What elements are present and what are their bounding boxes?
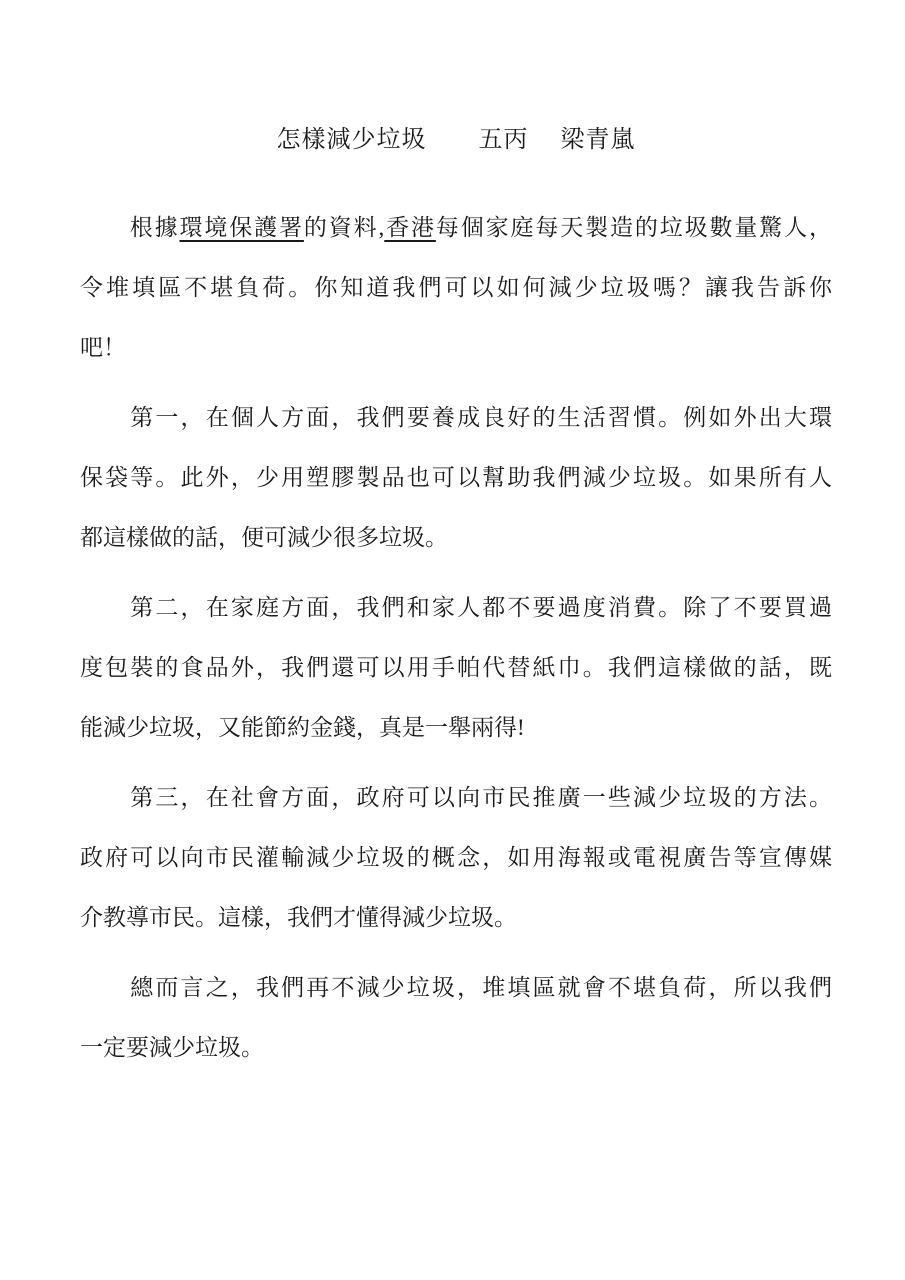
text-line: 第三，在社會方面，政府可以向市民推廣一些減少垃圾的方法。 bbox=[80, 768, 832, 828]
paragraph: 第二，在家庭方面，我們和家人都不要過度消費。除了不要買過度包裝的食品外，我們還可… bbox=[80, 578, 832, 758]
class-name: 五丙 bbox=[479, 127, 529, 153]
text-segment: 第二，在家庭方面，我們和家人都不要過度消費。除了不要買過 bbox=[80, 595, 832, 620]
text-line: 都這樣做的話，便可減少很多垃圾。 bbox=[80, 508, 832, 568]
text-segment: 總而言之，我們再不減少垃圾，堆填區就會不堪負荷，所以我們 bbox=[80, 975, 832, 1000]
text-segment: 能減少垃圾，又能節約金錢，真是一舉兩得! bbox=[80, 715, 525, 740]
text-line: 保袋等。此外，少用塑膠製品也可以幫助我們減少垃圾。如果所有人 bbox=[80, 448, 832, 508]
text-segment: 根據 bbox=[80, 215, 180, 240]
text-line: 介教導市民。這樣，我們才懂得減少垃圾。 bbox=[80, 888, 832, 948]
text-line: 根據環境保護署的資料,香港每個家庭每天製造的垃圾數量驚人， bbox=[80, 198, 832, 258]
text-line: 一定要減少垃圾。 bbox=[80, 1018, 832, 1078]
text-segment: 度包裝的食品外，我們還可以用手帕代替紙巾。我們這樣做的話，既 bbox=[80, 655, 832, 680]
underlined-text: 香港 bbox=[384, 215, 436, 240]
text-segment: 第三，在社會方面，政府可以向市民推廣一些減少垃圾的方法。 bbox=[80, 785, 832, 810]
text-line: 第二，在家庭方面，我們和家人都不要過度消費。除了不要買過 bbox=[80, 578, 832, 638]
text-segment: 一定要減少垃圾。 bbox=[80, 1035, 264, 1060]
document-title-row: 怎樣減少垃圾五丙梁青嵐 bbox=[80, 122, 832, 158]
text-line: 吧！ bbox=[80, 318, 832, 378]
text-line: 令堆填區不堪負荷。你知道我們可以如何減少垃圾嗎？讓我告訴你 bbox=[80, 258, 832, 318]
essay-title: 怎樣減少垃圾 bbox=[277, 127, 427, 153]
text-line: 第一，在個人方面，我們要養成良好的生活習慣。例如外出大環 bbox=[80, 388, 832, 448]
author-name: 梁青嵐 bbox=[561, 127, 636, 153]
text-line: 能減少垃圾，又能節約金錢，真是一舉兩得! bbox=[80, 698, 832, 758]
text-segment: 都這樣做的話，便可減少很多垃圾。 bbox=[80, 525, 448, 550]
text-line: 度包裝的食品外，我們還可以用手帕代替紙巾。我們這樣做的話，既 bbox=[80, 638, 832, 698]
text-segment: 吧！ bbox=[80, 335, 126, 360]
text-segment: 每個家庭每天製造的垃圾數量驚人， bbox=[436, 215, 832, 240]
paragraph: 第三，在社會方面，政府可以向市民推廣一些減少垃圾的方法。政府可以向市民灌輸減少垃… bbox=[80, 768, 832, 948]
paragraph: 總而言之，我們再不減少垃圾，堆填區就會不堪負荷，所以我們一定要減少垃圾。 bbox=[80, 958, 832, 1078]
text-segment: 政府可以向市民灌輸減少垃圾的概念，如用海報或電視廣告等宣傳媒 bbox=[80, 845, 832, 870]
document-page: 怎樣減少垃圾五丙梁青嵐 根據環境保護署的資料,香港每個家庭每天製造的垃圾數量驚人… bbox=[0, 0, 905, 1280]
document-body: 根據環境保護署的資料,香港每個家庭每天製造的垃圾數量驚人，令堆填區不堪負荷。你知… bbox=[80, 198, 832, 1078]
paragraph: 第一，在個人方面，我們要養成良好的生活習慣。例如外出大環保袋等。此外，少用塑膠製… bbox=[80, 388, 832, 568]
text-segment: 第一，在個人方面，我們要養成良好的生活習慣。例如外出大環 bbox=[80, 405, 832, 430]
paragraph: 根據環境保護署的資料,香港每個家庭每天製造的垃圾數量驚人，令堆填區不堪負荷。你知… bbox=[80, 198, 832, 378]
text-segment: 介教導市民。這樣，我們才懂得減少垃圾。 bbox=[80, 905, 517, 930]
text-line: 政府可以向市民灌輸減少垃圾的概念，如用海報或電視廣告等宣傳媒 bbox=[80, 828, 832, 888]
text-segment: 的資料, bbox=[304, 215, 384, 240]
text-segment: 保袋等。此外，少用塑膠製品也可以幫助我們減少垃圾。如果所有人 bbox=[80, 465, 832, 490]
underlined-text: 環境保護署 bbox=[180, 215, 304, 240]
text-line: 總而言之，我們再不減少垃圾，堆填區就會不堪負荷，所以我們 bbox=[80, 958, 832, 1018]
text-segment: 令堆填區不堪負荷。你知道我們可以如何減少垃圾嗎？讓我告訴你 bbox=[80, 275, 832, 300]
